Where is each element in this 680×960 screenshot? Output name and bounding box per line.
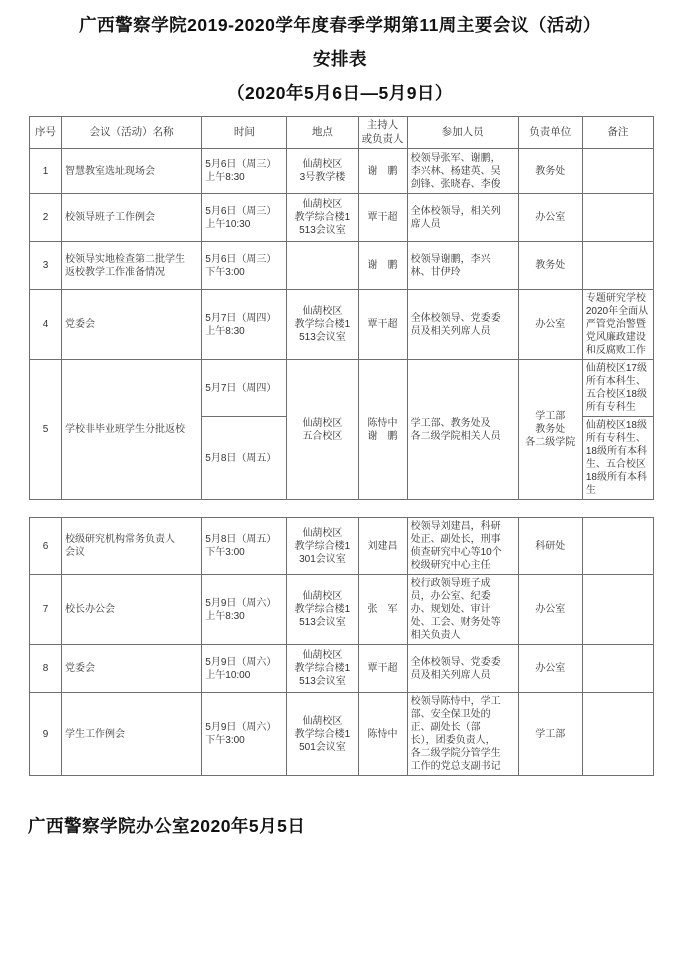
cell-host: 陈恃中 谢 鹏	[358, 360, 407, 500]
cell-time: 5月9日（周六） 下午3:00	[202, 693, 287, 776]
cell-unit: 办公室	[518, 575, 582, 645]
cell-host: 刘建昌	[358, 518, 407, 575]
cell-place: 仙葫校区 3号教学楼	[287, 149, 358, 194]
document-page: 广西警察学院2019-2020学年度春季学期第11周主要会议（活动） 安排表 （…	[0, 0, 680, 960]
title-block: 广西警察学院2019-2020学年度春季学期第11周主要会议（活动） 安排表 （…	[0, 0, 680, 110]
cell-name: 学校非毕业班学生分批返校	[62, 360, 202, 500]
cell-name: 智慧教室选址现场会	[62, 149, 202, 194]
cell-unit: 办公室	[518, 290, 582, 360]
cell-unit: 办公室	[518, 645, 582, 693]
cell-no: 1	[30, 149, 62, 194]
table-row: 2 校领导班子工作例会 5月6日（周三） 上午10:30 仙葫校区 教学综合楼1…	[30, 194, 654, 242]
cell-participants: 校行政领导班子成 员，办公室、纪委 办、规划处、审计 处、工会、财务处等 相关负…	[407, 575, 518, 645]
cell-host: 覃干超	[358, 290, 407, 360]
cell-time: 5月9日（周六） 上午10:00	[202, 645, 287, 693]
cell-participants: 校领导陈恃中，学工 部、安全保卫处的 正、副处长（部 长），团委负责人， 各二级…	[407, 693, 518, 776]
cell-remark	[582, 242, 653, 290]
cell-time: 5月6日（周三） 上午10:30	[202, 194, 287, 242]
header-time: 时间	[202, 117, 287, 149]
page-title-line1: 广西警察学院2019-2020学年度春季学期第11周主要会议（活动）	[0, 8, 680, 42]
cell-participants: 校领导刘建昌，科研 处正、副处长，刑事 侦查研究中心等10个 校级研究中心主任	[407, 518, 518, 575]
cell-place: 仙葫校区 教学综合楼1 513会议室	[287, 575, 358, 645]
cell-time: 5月8日（周五） 下午3:00	[202, 518, 287, 575]
cell-host: 谢 鹏	[358, 149, 407, 194]
cell-place: 仙葫校区 五合校区	[287, 360, 358, 500]
cell-participants: 全体校领导、党委委 员及相关列席人员	[407, 645, 518, 693]
cell-remark	[582, 518, 653, 575]
cell-participants: 校领导谢鹏，李兴 林、甘伊玲	[407, 242, 518, 290]
cell-time: 5月6日（周三） 下午3:00	[202, 242, 287, 290]
cell-remark	[582, 575, 653, 645]
cell-no: 2	[30, 194, 62, 242]
cell-name: 校领导实地检查第二批学生 返校教学工作准备情况	[62, 242, 202, 290]
cell-unit: 学工部 教务处 各二级学院	[518, 360, 582, 500]
cell-place: 仙葫校区 教学综合楼1 301会议室	[287, 518, 358, 575]
cell-no: 9	[30, 693, 62, 776]
cell-place	[287, 242, 358, 290]
table-row: 9 学生工作例会 5月9日（周六） 下午3:00 仙葫校区 教学综合楼1 501…	[30, 693, 654, 776]
table-row: 3 校领导实地检查第二批学生 返校教学工作准备情况 5月6日（周三） 下午3:0…	[30, 242, 654, 290]
cell-participants: 全体校领导、党委委 员及相关列席人员	[407, 290, 518, 360]
header-no: 序号	[30, 117, 62, 149]
cell-remark: 专题研究学校 2020年全面从 严管党治警暨 党风廉政建设 和反腐败工作	[582, 290, 653, 360]
cell-name: 学生工作例会	[62, 693, 202, 776]
table-row: 7 校长办公会 5月9日（周六） 上午8:30 仙葫校区 教学综合楼1 513会…	[30, 575, 654, 645]
cell-no: 7	[30, 575, 62, 645]
cell-no: 4	[30, 290, 62, 360]
cell-name: 校级研究机构常务负责人 会议	[62, 518, 202, 575]
page-title-line2: 安排表	[0, 42, 680, 76]
table-header-row: 序号 会议（活动）名称 时间 地点 主持人 或负责人 参加人员 负责单位 备注	[30, 117, 654, 149]
cell-remark	[582, 693, 653, 776]
header-host: 主持人 或负责人	[358, 117, 407, 149]
cell-unit: 教务处	[518, 242, 582, 290]
table-row: 5 学校非毕业班学生分批返校 5月7日（周四） 仙葫校区 五合校区 陈恃中 谢 …	[30, 360, 654, 417]
cell-host: 覃干超	[358, 645, 407, 693]
table-row: 6 校级研究机构常务负责人 会议 5月8日（周五） 下午3:00 仙葫校区 教学…	[30, 518, 654, 575]
footer-note: 广西警察学院办公室2020年5月5日	[28, 813, 680, 838]
table-row: 4 党委会 5月7日（周四） 上午8:30 仙葫校区 教学综合楼1 513会议室…	[30, 290, 654, 360]
cell-no: 6	[30, 518, 62, 575]
cell-remark-sub1: 仙葫校区17级 所有本科生、 五合校区18级 所有专科生	[582, 360, 653, 417]
header-unit: 负责单位	[518, 117, 582, 149]
cell-unit: 科研处	[518, 518, 582, 575]
cell-participants: 全体校领导，相关列 席人员	[407, 194, 518, 242]
cell-time: 5月9日（周六） 上午8:30	[202, 575, 287, 645]
cell-remark	[582, 194, 653, 242]
cell-place: 仙葫校区 教学综合楼1 501会议室	[287, 693, 358, 776]
cell-remark	[582, 645, 653, 693]
cell-no: 5	[30, 360, 62, 500]
cell-no: 8	[30, 645, 62, 693]
cell-participants: 校领导张军、谢鹏， 李兴林、杨建英、吴 剑锋、张晓春、李俊	[407, 149, 518, 194]
cell-place: 仙葫校区 教学综合楼1 513会议室	[287, 194, 358, 242]
cell-place: 仙葫校区 教学综合楼1 513会议室	[287, 645, 358, 693]
schedule-table-1: 序号 会议（活动）名称 时间 地点 主持人 或负责人 参加人员 负责单位 备注 …	[29, 116, 654, 500]
cell-remark	[582, 149, 653, 194]
header-name: 会议（活动）名称	[62, 117, 202, 149]
cell-time-sub1: 5月7日（周四）	[202, 360, 287, 417]
cell-participants: 学工部、教务处及 各二级学院相关人员	[407, 360, 518, 500]
page-title-date: （2020年5月6日—5月9日）	[0, 76, 680, 110]
cell-name: 党委会	[62, 290, 202, 360]
cell-name: 党委会	[62, 645, 202, 693]
table-row: 8 党委会 5月9日（周六） 上午10:00 仙葫校区 教学综合楼1 513会议…	[30, 645, 654, 693]
cell-time: 5月7日（周四） 上午8:30	[202, 290, 287, 360]
cell-unit: 学工部	[518, 693, 582, 776]
schedule-table-2: 6 校级研究机构常务负责人 会议 5月8日（周五） 下午3:00 仙葫校区 教学…	[29, 517, 654, 776]
cell-name: 校领导班子工作例会	[62, 194, 202, 242]
cell-host: 陈恃中	[358, 693, 407, 776]
cell-time-sub2: 5月8日（周五）	[202, 417, 287, 500]
cell-unit: 教务处	[518, 149, 582, 194]
cell-time: 5月6日（周三） 上午8:30	[202, 149, 287, 194]
cell-host: 张 军	[358, 575, 407, 645]
header-place: 地点	[287, 117, 358, 149]
header-participants: 参加人员	[407, 117, 518, 149]
cell-host: 谢 鹏	[358, 242, 407, 290]
cell-no: 3	[30, 242, 62, 290]
header-remark: 备注	[582, 117, 653, 149]
cell-host: 覃干超	[358, 194, 407, 242]
cell-remark-sub2: 仙葫校区18级 所有专科生、 18级所有本科 生、五合校区 18级所有本科 生	[582, 417, 653, 500]
cell-name: 校长办公会	[62, 575, 202, 645]
cell-unit: 办公室	[518, 194, 582, 242]
table-row: 1 智慧教室选址现场会 5月6日（周三） 上午8:30 仙葫校区 3号教学楼 谢…	[30, 149, 654, 194]
cell-place: 仙葫校区 教学综合楼1 513会议室	[287, 290, 358, 360]
